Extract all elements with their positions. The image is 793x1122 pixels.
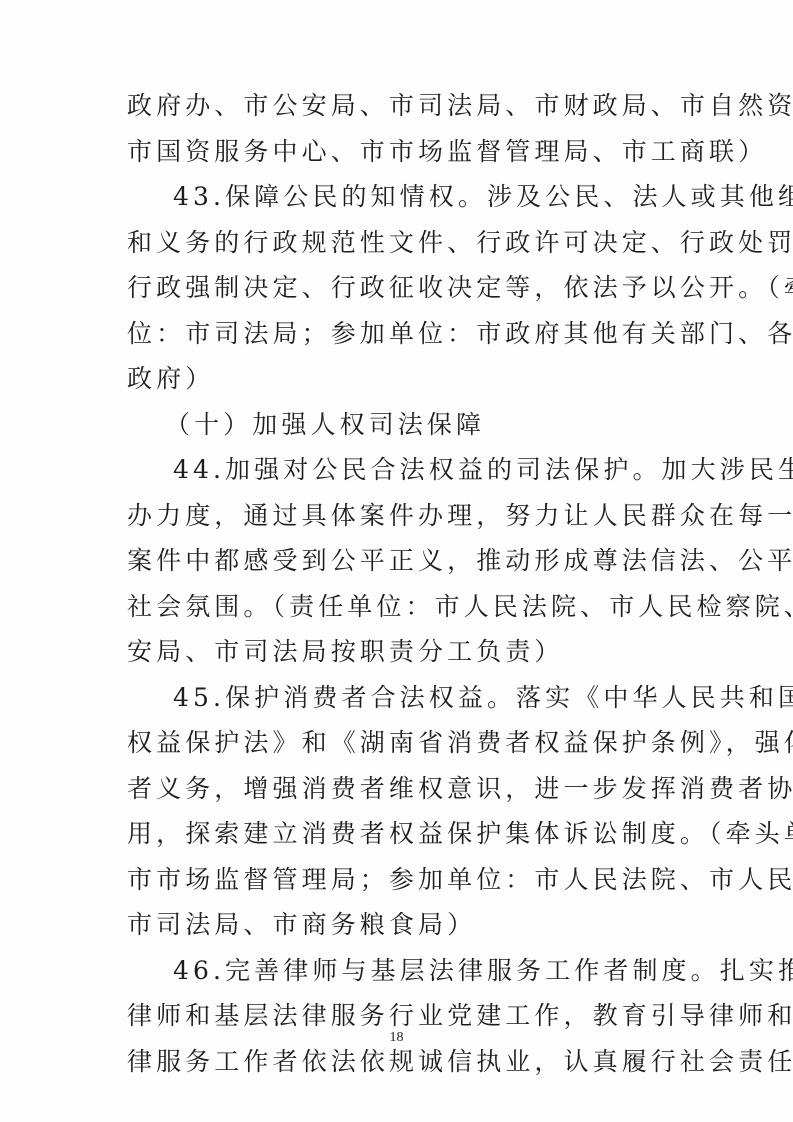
body-text: 政府办、市公安局、市司法局、市财政局、市自然资源局、 市国资服务中心、市市场监督… — [127, 83, 672, 1084]
text-line: 市司法局、市商务粮食局） — [127, 902, 672, 948]
text-line: 用，探索建立消费者权益保护集体诉讼制度。（牵头单位： — [127, 811, 672, 857]
text-line: 市市场监督管理局；参加单位：市人民法院、市人民检察院、 — [127, 857, 672, 903]
text-line: 位：市司法局；参加单位：市政府其他有关部门、各镇人民 — [127, 311, 672, 357]
text-line: 案件中都感受到公平正义，推动形成尊法信法、公平正义的 — [127, 538, 672, 584]
text-line: 政府办、市公安局、市司法局、市财政局、市自然资源局、 — [127, 83, 672, 129]
text-line: 行政强制决定、行政征收决定等，依法予以公开。（牵头单 — [127, 265, 672, 311]
item-43-first-line: 43.保障公民的知情权。涉及公民、法人或其他组织权利 — [127, 174, 672, 220]
document-page: 政府办、市公安局、市司法局、市财政局、市自然资源局、 市国资服务中心、市市场监督… — [0, 0, 793, 1122]
text-line: 社会氛围。（责任单位：市人民法院、市人民检察院、市公 — [127, 584, 672, 630]
page-number: 18 — [0, 1030, 793, 1046]
text-line: 市国资服务中心、市市场监督管理局、市工商联） — [127, 129, 672, 175]
text-line: 和义务的行政规范性文件、行政许可决定、行政处罚决定、 — [127, 220, 672, 266]
item-45-first-line: 45.保护消费者合法权益。落实《中华人民共和国消费者 — [127, 675, 672, 721]
text-line: 政府） — [127, 356, 672, 402]
item-46-first-line: 46.完善律师与基层法律服务工作者制度。扎实推进全市 — [127, 948, 672, 994]
text-line: 安局、市司法局按职责分工负责） — [127, 629, 672, 675]
item-44-first-line: 44.加强对公民合法权益的司法保护。加大涉民生案件查 — [127, 447, 672, 493]
section-heading: （十）加强人权司法保障 — [127, 402, 672, 448]
text-line: 权益保护法》和《湖南省消费者权益保护条例》，强化经营 — [127, 720, 672, 766]
text-line: 办力度，通过具体案件办理，努力让人民群众在每一个司法 — [127, 493, 672, 539]
text-line: 者义务，增强消费者维权意识，进一步发挥消费者协会的作 — [127, 766, 672, 812]
